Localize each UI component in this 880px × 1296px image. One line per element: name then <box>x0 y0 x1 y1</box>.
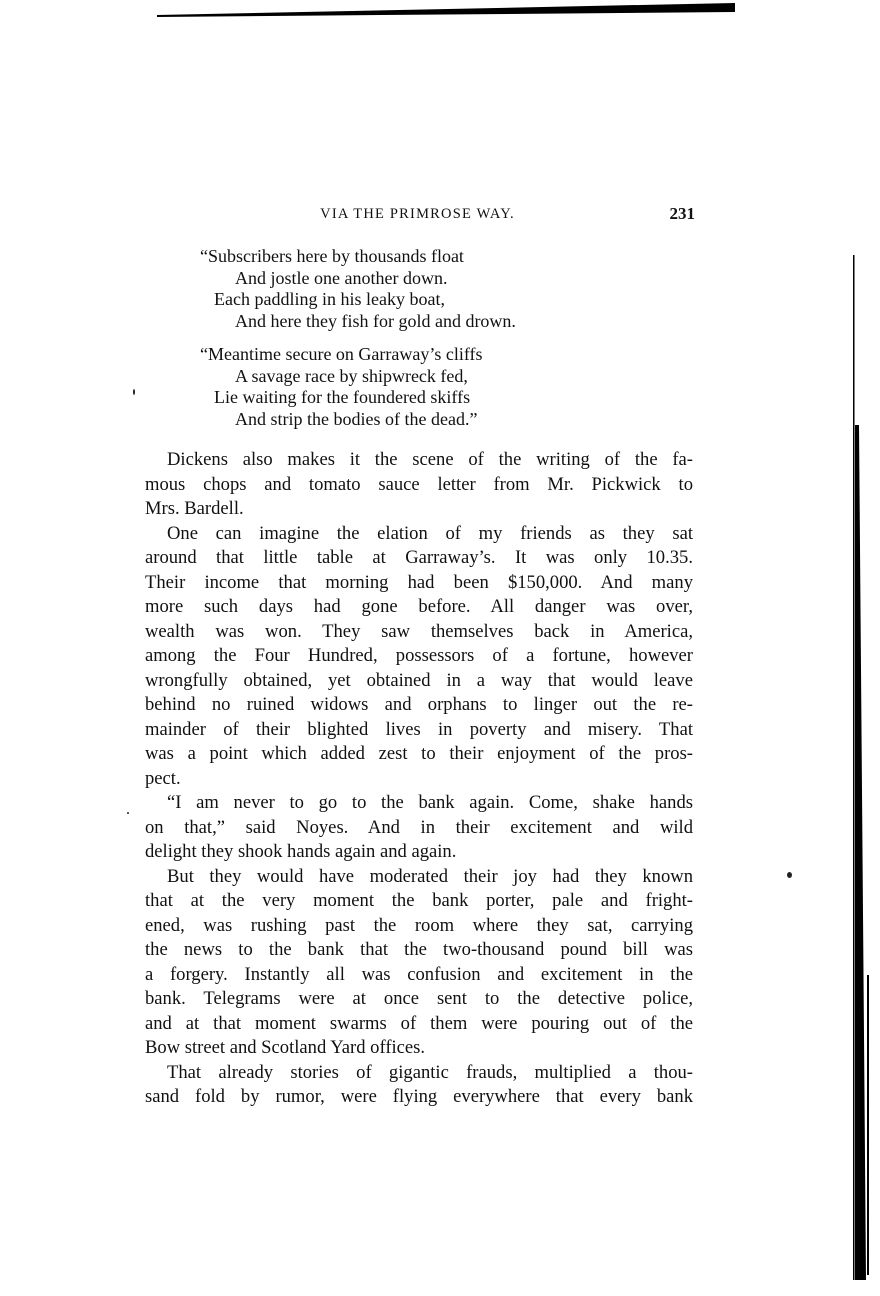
text-line: more such days had gone before. All dang… <box>145 595 693 620</box>
poem-line: A savage race by shipwreck fed, <box>200 366 483 388</box>
text-line: pect. <box>145 767 693 792</box>
text-line: Bow street and Scotland Yard offices. <box>145 1036 693 1061</box>
body-text: Dickens also makes it the scene of the w… <box>145 448 693 1110</box>
page-number: 231 <box>670 204 696 224</box>
scan-speck <box>133 389 135 395</box>
text-line: around that little table at Garraway’s. … <box>145 546 693 571</box>
text-line: mainder of their blighted lives in pover… <box>145 718 693 743</box>
paragraph: But they would have moderated their joy … <box>145 865 693 1061</box>
page-edge-shadow <box>852 255 872 1280</box>
paragraph: Dickens also makes it the scene of the w… <box>145 448 693 522</box>
text-line: One can imagine the elation of my friend… <box>145 522 693 547</box>
text-line: the news to the bank that the two-thousa… <box>145 938 693 963</box>
text-line: that at the very moment the bank porter,… <box>145 889 693 914</box>
text-line: among the Four Hundred, possessors of a … <box>145 644 693 669</box>
paragraph: “I am never to go to the bank again. Com… <box>145 791 693 865</box>
text-line: and at that moment swarms of them were p… <box>145 1012 693 1037</box>
poem-line: And strip the bodies of the dead.” <box>200 409 483 431</box>
text-line: ened, was rushing past the room where th… <box>145 914 693 939</box>
text-line: That already stories of gigantic frauds,… <box>145 1061 693 1086</box>
text-line: was a point which added zest to their en… <box>145 742 693 767</box>
text-line: on that,” said Noyes. And in their excit… <box>145 816 693 841</box>
text-line: mous chops and tomato sauce letter from … <box>145 473 693 498</box>
text-line: wealth was won. They saw themselves back… <box>145 620 693 645</box>
text-line: a forgery. Instantly all was confusion a… <box>145 963 693 988</box>
poem-stanza: “Subscribers here by thousands float And… <box>200 246 516 332</box>
paragraph: One can imagine the elation of my friend… <box>145 522 693 792</box>
running-head: VIA THE PRIMROSE WAY. 231 <box>140 204 695 226</box>
running-title: VIA THE PRIMROSE WAY. <box>140 206 695 223</box>
poem-stanza: “Meantime secure on Garraway’s cliffs A … <box>200 344 483 430</box>
poem-line: Lie waiting for the foundered skiffs <box>200 387 483 409</box>
text-line: “I am never to go to the bank again. Com… <box>145 791 693 816</box>
poem-line: And here they fish for gold and drown. <box>200 311 516 333</box>
text-line: Mrs. Bardell. <box>145 497 693 522</box>
text-line: bank. Telegrams were at once sent to the… <box>145 987 693 1012</box>
scan-speck <box>787 872 792 878</box>
top-scan-rule <box>157 3 735 19</box>
text-line: wrongfully obtained, yet obtained in a w… <box>145 669 693 694</box>
paragraph: That already stories of gigantic frauds,… <box>145 1061 693 1110</box>
text-line: delight they shook hands again and again… <box>145 840 693 865</box>
scan-speck <box>127 812 129 814</box>
text-line: sand fold by rumor, were flying everywhe… <box>145 1085 693 1110</box>
text-line: Dickens also makes it the scene of the w… <box>145 448 693 473</box>
poem-line: And jostle one another down. <box>200 268 516 290</box>
poem-line: “Meantime secure on Garraway’s cliffs <box>200 344 483 366</box>
text-line: behind no ruined widows and orphans to l… <box>145 693 693 718</box>
text-line: Their income that morning had been $150,… <box>145 571 693 596</box>
text-line: But they would have moderated their joy … <box>145 865 693 890</box>
poem-line: Each paddling in his leaky boat, <box>200 289 516 311</box>
poem-line: “Subscribers here by thousands float <box>200 246 516 268</box>
